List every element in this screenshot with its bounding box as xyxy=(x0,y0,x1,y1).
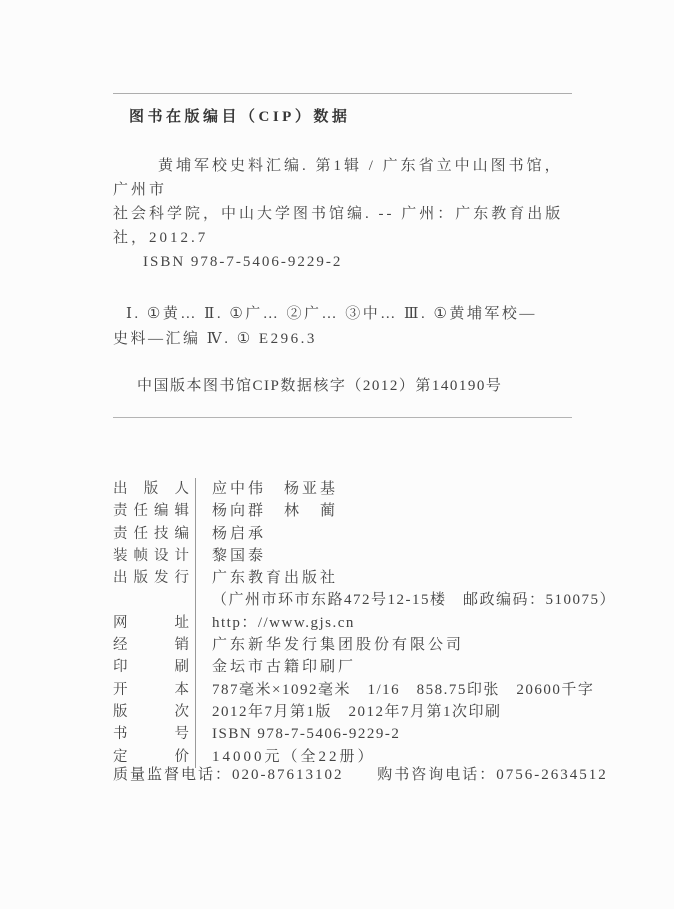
imprint-row-publisher-person: 出 版 人 应中伟 杨亚基 xyxy=(113,478,583,500)
imprint-table: 出 版 人 应中伟 杨亚基 责任编辑 杨向群 林 蔺 责任技编 杨启承 装帧设计… xyxy=(113,478,583,768)
imprint-label: 装帧设计 xyxy=(113,545,189,567)
imprint-label: 网 址 xyxy=(113,612,189,634)
imprint-row-address: （广州市环市东路472号12-15楼 邮政编码：510075） xyxy=(113,589,583,611)
cip-box-title: 图书在版编目（CIP）数据 xyxy=(129,107,572,127)
imprint-value: （广州市环市东路472号12-15楼 邮政编码：510075） xyxy=(195,589,616,611)
imprint-value: 金坛市古籍印刷厂 xyxy=(195,656,583,678)
cip-description-line: 社会科学院，中山大学图书馆编. -- 广州：广东教育出版 xyxy=(113,202,572,226)
imprint-row-designer: 装帧设计 黎国泰 xyxy=(113,545,583,567)
imprint-label: 印 刷 xyxy=(113,656,189,678)
cip-classification-line: Ⅰ. ①黄… Ⅱ. ①广… ②广… ③中… Ⅲ. ①黄埔军校— xyxy=(113,302,572,327)
imprint-label: 书 号 xyxy=(113,723,189,745)
footer-phones: 质量监督电话：020-87613102 购书咨询电话：0756-2634512 xyxy=(113,765,608,785)
imprint-value: 广东教育出版社 xyxy=(195,567,583,589)
imprint-label: 责任编辑 xyxy=(113,500,189,522)
cip-description-line: 黄埔军校史料汇编. 第1辑 / 广东省立中山图书馆，广州市 xyxy=(113,154,572,202)
cip-classification-line: 史料—汇编 Ⅳ. ① E296.3 xyxy=(113,327,572,352)
imprint-value: 应中伟 杨亚基 xyxy=(195,478,583,500)
imprint-label: 出 版 人 xyxy=(113,478,189,500)
imprint-label: 版 次 xyxy=(113,701,189,723)
imprint-row-printer: 印 刷 金坛市古籍印刷厂 xyxy=(113,656,583,678)
copyright-page: 图书在版编目（CIP）数据 黄埔军校史料汇编. 第1辑 / 广东省立中山图书馆，… xyxy=(0,0,674,909)
imprint-row-isbn: 书 号 ISBN 978-7-5406-9229-2 xyxy=(113,723,583,745)
purchase-inquiry-phone: 购书咨询电话：0756-2634512 xyxy=(377,765,608,785)
imprint-value: 黎国泰 xyxy=(195,545,583,567)
cip-classification: Ⅰ. ①黄… Ⅱ. ①广… ②广… ③中… Ⅲ. ①黄埔军校— 史料—汇编 Ⅳ.… xyxy=(113,302,572,352)
cip-box: 图书在版编目（CIP）数据 黄埔军校史料汇编. 第1辑 / 广东省立中山图书馆，… xyxy=(113,93,572,418)
quality-supervision-phone: 质量监督电话：020-87613102 xyxy=(113,765,344,785)
imprint-value: ISBN 978-7-5406-9229-2 xyxy=(195,723,583,745)
cip-description-line: 社，2012.7 xyxy=(113,226,572,250)
imprint-row-publisher: 出版发行 广东教育出版社 xyxy=(113,567,583,589)
imprint-label: 责任技编 xyxy=(113,523,189,545)
cip-description: 黄埔军校史料汇编. 第1辑 / 广东省立中山图书馆，广州市 社会科学院，中山大学… xyxy=(113,154,572,274)
imprint-value: http：//www.gjs.cn xyxy=(195,612,583,634)
imprint-value: 杨向群 林 蔺 xyxy=(195,500,583,522)
imprint-value: 787毫米×1092毫米 1/16 858.75印张 20600千字 xyxy=(195,679,594,701)
cip-record-number: 中国版本图书馆CIP数据核字（2012）第140190号 xyxy=(137,376,572,396)
imprint-label: 出版发行 xyxy=(113,567,189,589)
cip-isbn-line: ISBN 978-7-5406-9229-2 xyxy=(143,250,572,274)
imprint-row-format: 开 本 787毫米×1092毫米 1/16 858.75印张 20600千字 xyxy=(113,679,583,701)
imprint-row-editor: 责任编辑 杨向群 林 蔺 xyxy=(113,500,583,522)
imprint-row-technical-editor: 责任技编 杨启承 xyxy=(113,523,583,545)
imprint-row-website: 网 址 http：//www.gjs.cn xyxy=(113,612,583,634)
imprint-value: 2012年7月第1版 2012年7月第1次印刷 xyxy=(195,701,583,723)
imprint-row-distributor: 经 销 广东新华发行集团股份有限公司 xyxy=(113,634,583,656)
imprint-row-edition: 版 次 2012年7月第1版 2012年7月第1次印刷 xyxy=(113,701,583,723)
imprint-label xyxy=(113,589,189,611)
imprint-value: 杨启承 xyxy=(195,523,583,545)
imprint-label: 开 本 xyxy=(113,679,189,701)
imprint-value: 广东新华发行集团股份有限公司 xyxy=(195,634,583,656)
imprint-label: 经 销 xyxy=(113,634,189,656)
